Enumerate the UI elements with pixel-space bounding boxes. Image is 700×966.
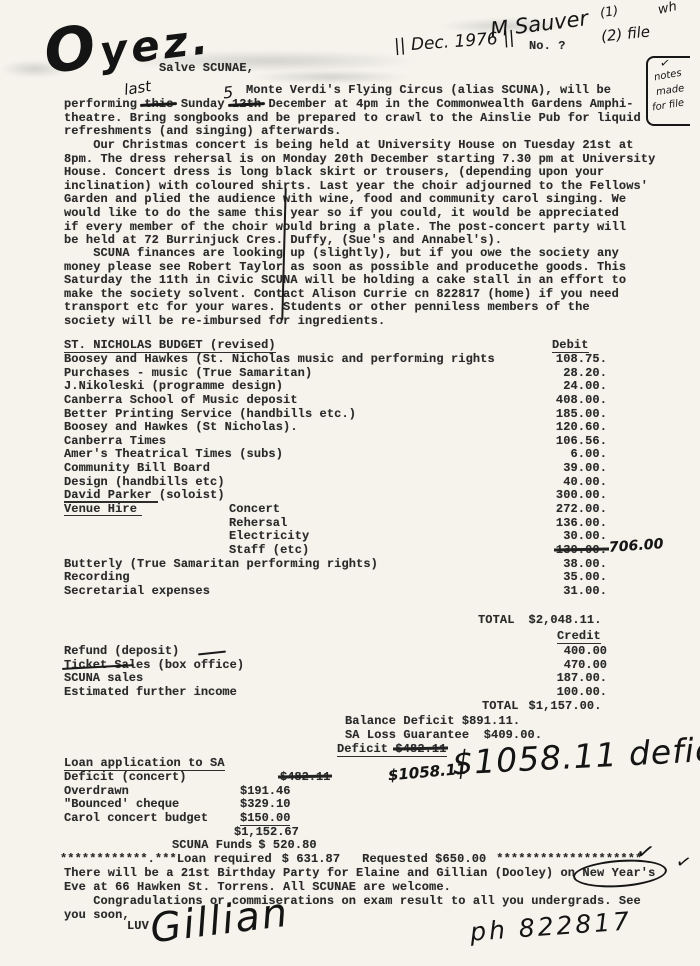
- budget-row-label: J.Nikoleski (programme design): [64, 380, 229, 394]
- budget-row-label: [64, 530, 229, 544]
- total-label: TOTAL: [482, 699, 519, 713]
- budget-row-amount: 408.00.: [523, 394, 607, 408]
- credit-row-amount: 187.00.: [523, 672, 607, 686]
- struck-amount: 130.00.: [556, 543, 607, 557]
- budget-row: Design (handbills etc)40.00.: [64, 476, 607, 490]
- deficit-line: Deficit $482.11: [337, 743, 447, 757]
- budget-row: Purchases - music (True Samaritan)28.20.: [64, 367, 607, 381]
- deficit-label: Deficit: [337, 742, 395, 756]
- credit-row-amount: 100.00.: [523, 686, 607, 700]
- budget-row-label: David Parker (soloist): [64, 489, 229, 503]
- credit-total-line: TOTAL$1,157.00.: [482, 700, 602, 714]
- budget-row: Staff (etc)130.00.706.00: [64, 544, 607, 558]
- budget-row-amount: 28.20.: [523, 367, 607, 381]
- loan-row-label: Deficit (concert): [64, 771, 240, 785]
- p1-line4: refreshments (and singing) afterwards.: [64, 125, 341, 139]
- loan-row-label: Overdrawn: [64, 785, 240, 799]
- budget-row-label: Purchases - music (True Samaritan): [64, 367, 229, 381]
- paragraph-2: Our Christmas concert is being held at U…: [64, 139, 655, 248]
- budget-table: Boosey and Hawkes (St. Nicholas music an…: [64, 353, 607, 599]
- scanned-letter-page: Oyez. M Sauver (1) wh (2) file || Dec. 1…: [0, 0, 700, 966]
- funds-label: SCUNA Funds: [172, 838, 252, 852]
- budget-row-amount: 30.00.: [523, 530, 607, 544]
- budget-row-amount: 35.00.: [523, 571, 607, 585]
- loan-row-amount: $150.00: [240, 812, 290, 826]
- budget-row-amount: 31.00.: [523, 585, 607, 599]
- budget-row: Boosey and Hawkes (St Nicholas).120.60.: [64, 421, 607, 435]
- budget-row-sub: [229, 489, 523, 503]
- budget-row-label: Venue Hire: [64, 503, 229, 517]
- credit-row-label: Refund (deposit): [64, 645, 523, 659]
- budget-row-sub: Staff (etc): [229, 544, 523, 558]
- circle-check-icon: ✓: [674, 850, 694, 874]
- loan-row-amount: $191.46: [240, 785, 290, 799]
- budget-row-label: Better Printing Service (handbills etc.): [64, 408, 229, 422]
- credit-header-text: Credit: [557, 629, 601, 644]
- budget-row-amount: 6.00.: [523, 448, 607, 462]
- total-label: TOTAL: [478, 613, 515, 627]
- budget-row: Amer's Theatrical Times (subs)6.00.: [64, 448, 607, 462]
- budget-row-amount: 39.00.: [523, 462, 607, 476]
- salutation: Salve SCUNAE,: [159, 62, 254, 76]
- budget-row-label: Boosey and Hawkes (St. Nicholas music an…: [64, 353, 229, 367]
- budget-row-amount: 38.00.: [523, 558, 607, 572]
- struck-word-this: this: [144, 97, 173, 111]
- loan-title-text: Loan application to SA: [64, 756, 225, 771]
- budget-row-sub: Rehersal: [229, 517, 523, 531]
- budget-row-amount: 136.00.: [523, 517, 607, 531]
- p1-line2: performing this Sunday 12th December at …: [64, 98, 634, 112]
- budget-row-sub: [229, 462, 523, 476]
- budget-row-amount: 272.00.: [523, 503, 607, 517]
- credit-row-amount: 400.00: [523, 645, 607, 659]
- budget-row-amount: 40.00.: [523, 476, 607, 490]
- budget-row-label: Design (handbills etc): [64, 476, 229, 490]
- note-2-handwriting: (2) file: [600, 22, 651, 45]
- budget-row-label: Canberra School of Music deposit: [64, 394, 229, 408]
- loan-required-line: ************.***Loan required$ 631.87Req…: [60, 853, 642, 867]
- budget-row-label: Community Bill Board: [64, 462, 229, 476]
- credit-table: Refund (deposit)400.00 Ticket Sales (box…: [64, 645, 607, 699]
- budget-row: J.Nikoleski (programme design)24.00.: [64, 380, 607, 394]
- smudge: [250, 70, 410, 84]
- requested-amount: Requested $650.00: [362, 852, 486, 866]
- credit-row: Ticket Sales (box office)470.00: [64, 659, 607, 673]
- p1-seg-rest: December at 4pm in the Commonwealth Gard…: [261, 97, 633, 111]
- budget-row: Venue HireConcert272.00.: [64, 503, 607, 517]
- credit-row: Refund (deposit)400.00: [64, 645, 607, 659]
- budget-row-label: Amer's Theatrical Times (subs): [64, 448, 229, 462]
- budget-row-amount: 108.75.: [523, 353, 607, 367]
- struck-date-12th: 12th: [232, 97, 261, 111]
- loan-required-label: Loan required: [177, 852, 272, 866]
- stars-left: ************.***: [60, 852, 177, 866]
- budget-row-label: Butterly (True Samaritan performing righ…: [64, 558, 229, 572]
- budget-title: ST. NICHOLAS BUDGET (revised): [64, 339, 276, 353]
- loan-row: Deficit (concert)$482.11$1058.11: [64, 771, 484, 785]
- budget-row-sub: [229, 476, 523, 490]
- debit-header-text: Debit: [552, 338, 589, 353]
- date-stamp-handwriting: || Dec. 1976 ||: [393, 28, 515, 56]
- p1-seg-performing: performing: [64, 97, 144, 111]
- budget-row: Rehersal136.00.: [64, 517, 607, 531]
- loan-row-label: Carol concert budget: [64, 812, 240, 826]
- loan-row-amount: $482.11$1058.11: [280, 771, 330, 785]
- closing-text: There will be a 21st Birthday Party for …: [64, 866, 582, 880]
- budget-row-label: Secretarial expenses: [64, 585, 229, 599]
- budget-row: Butterly (True Samaritan performing righ…: [64, 558, 607, 572]
- budget-row: Canberra School of Music deposit408.00.: [64, 394, 607, 408]
- budget-row: Community Bill Board39.00.: [64, 462, 607, 476]
- budget-row-sub: Electricity: [229, 530, 523, 544]
- budget-row-amount: 120.60.: [523, 421, 607, 435]
- paragraph-3: SCUNA finances are looking up (slightly)…: [64, 247, 626, 329]
- note-1-handwriting: (1): [599, 4, 619, 21]
- debit-total-amount: $2,048.11.: [529, 613, 602, 627]
- credit-row-amount: 470.00: [523, 659, 607, 673]
- budget-row-sub: Concert: [229, 503, 523, 517]
- budget-row: Recording35.00.: [64, 571, 607, 585]
- staff-correction-handwriting: 706.00: [609, 538, 664, 555]
- budget-row-label: Recording: [64, 571, 229, 585]
- budget-row-label: Boosey and Hawkes (St Nicholas).: [64, 421, 229, 435]
- credit-row: Estimated further income100.00.: [64, 686, 607, 700]
- credit-row-label: Estimated further income: [64, 686, 523, 700]
- balance-deficit-line: Balance Deficit $891.11.: [345, 715, 520, 729]
- credit-row-label: SCUNA sales: [64, 672, 523, 686]
- loan-row-amount: $329.10: [240, 798, 290, 812]
- note-1b-handwriting: wh: [657, 0, 679, 18]
- budget-row-amount: 130.00.706.00: [523, 544, 607, 558]
- debit-header: Debit: [552, 339, 589, 353]
- credit-row: SCUNA sales187.00.: [64, 672, 607, 686]
- deficit-underlined: Deficit $482.11: [337, 742, 447, 757]
- loan-row: "Bounced' cheque$329.10: [64, 798, 484, 812]
- loan-title: Loan application to SA: [64, 757, 225, 771]
- budget-row: Canberra Times106.56.: [64, 435, 607, 449]
- luv-text: LUV: [127, 920, 149, 934]
- budget-row-amount: 185.00.: [523, 408, 607, 422]
- budget-row-label: [64, 544, 229, 558]
- budget-row: David Parker (soloist)300.00.: [64, 489, 607, 503]
- circled-new-years: New Year's: [582, 866, 655, 880]
- budget-row-amount: 106.56.: [523, 435, 607, 449]
- struck-deficit-amount: $482.11: [395, 742, 446, 756]
- closing-line1: There will be a 21st Birthday Party for …: [64, 867, 655, 881]
- loan-table: Deficit (concert)$482.11$1058.11 Overdra…: [64, 771, 484, 839]
- budget-row: Boosey and Hawkes (St. Nicholas music an…: [64, 353, 607, 367]
- funds-amount: $ 520.80: [258, 838, 316, 852]
- p1-line1: Monte Verdi's Flying Circus (alias SCUNA…: [246, 84, 611, 98]
- scuna-funds-line: SCUNA Funds$ 520.80: [172, 839, 317, 853]
- struck-amount: $482.11: [280, 770, 330, 784]
- debit-total-line: TOTAL$2,048.11.: [478, 614, 602, 628]
- budget-row-sub: [229, 435, 523, 449]
- budget-row-amount: 300.00.: [523, 489, 607, 503]
- budget-title-text: ST. NICHOLAS BUDGET (revised): [64, 338, 276, 353]
- deficit-correction-small-handwriting: $1058.11: [388, 763, 468, 783]
- budget-row-sub: [229, 585, 523, 599]
- loan-required-amount: $ 631.87: [282, 852, 340, 866]
- loan-row-label: "Bounced' cheque: [64, 798, 240, 812]
- loan-row: Carol concert budget$150.00: [64, 812, 484, 826]
- credit-header: Credit: [557, 630, 601, 644]
- budget-row-amount: 24.00.: [523, 380, 607, 394]
- ref-number: No. ?: [529, 40, 566, 54]
- credit-total-amount: $1,157.00.: [529, 699, 602, 713]
- margin-check-icon: ✓: [659, 55, 671, 70]
- budget-row: Electricity30.00.: [64, 530, 607, 544]
- insert-last-handwriting: last: [123, 77, 153, 99]
- budget-row: Better Printing Service (handbills etc.)…: [64, 408, 607, 422]
- loan-row: Overdrawn$191.46: [64, 785, 484, 799]
- insert-date-handwriting: 5: [222, 83, 234, 103]
- budget-row-sub: [229, 571, 523, 585]
- budget-row: Secretarial expenses31.00.: [64, 585, 607, 599]
- budget-row-label: [64, 517, 229, 531]
- budget-row-label: Canberra Times: [64, 435, 229, 449]
